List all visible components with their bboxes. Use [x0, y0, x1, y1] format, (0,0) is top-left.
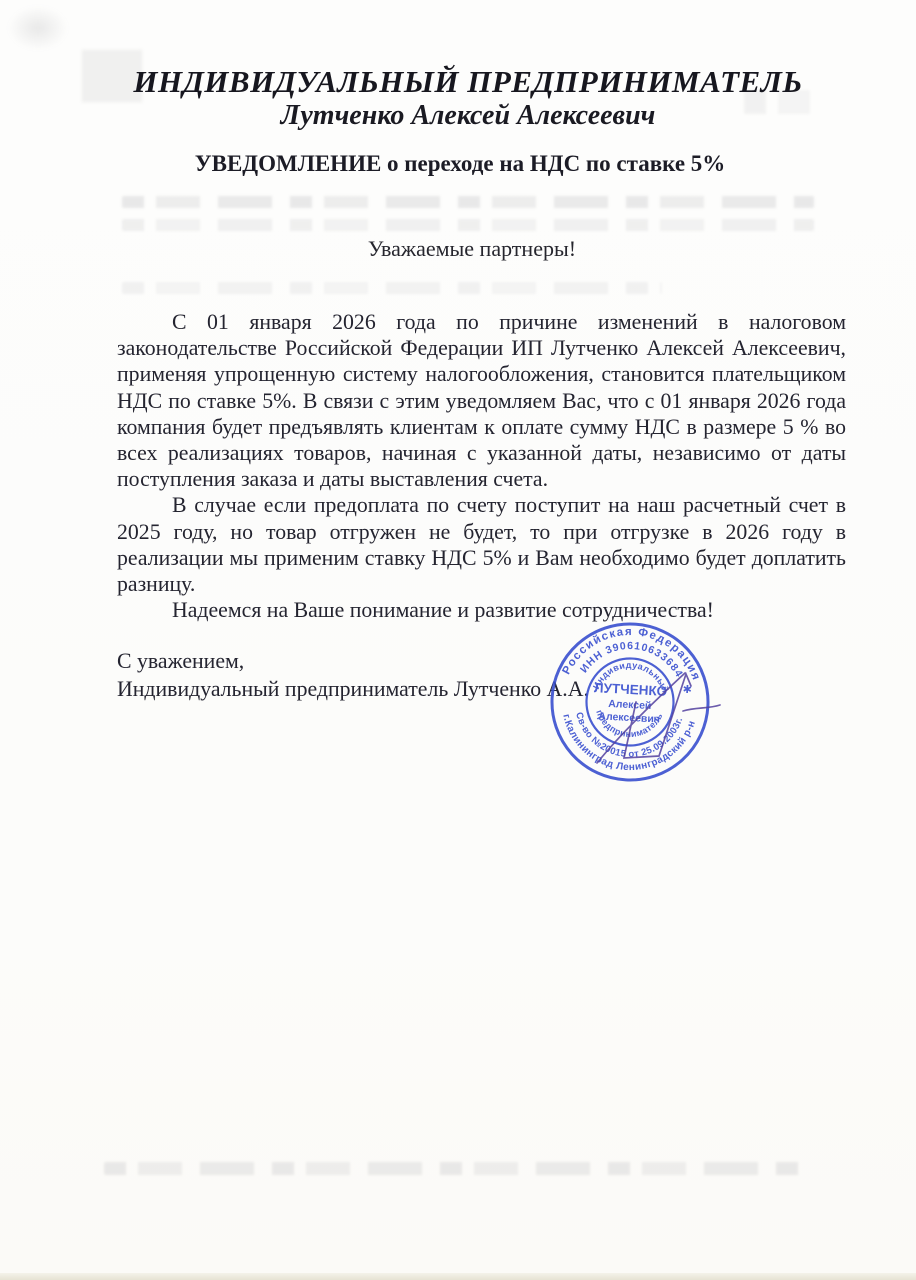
bleedthrough-line	[122, 219, 814, 231]
stamp-star-icon: ✱	[682, 684, 692, 696]
closing-block: С уважением, Индивидуальный предпринимат…	[117, 648, 589, 703]
closing-signatory: Индивидуальный предприниматель Лутченко …	[117, 676, 589, 704]
letter-body: С 01 января 2026 года по причине изменен…	[117, 309, 846, 623]
stamp-name-surname: ЛУТЧЕНКО	[594, 680, 668, 699]
greeting: Уважаемые партнеры!	[14, 236, 916, 262]
paragraph-1: С 01 января 2026 года по причине изменен…	[117, 309, 846, 492]
bleedthrough-line	[122, 196, 814, 208]
scan-edge	[0, 1273, 916, 1280]
letterhead-name: Лутченко Алексей Алексеевич	[10, 100, 916, 132]
bleedthrough-line	[122, 282, 662, 294]
stamp-name-first: Алексей	[608, 698, 652, 712]
bleedthrough-line	[104, 1162, 806, 1175]
company-stamp: Российская Федерация г.Калининград Ленин…	[540, 610, 721, 795]
paragraph-3: Надеемся на Ваше понимание и развитие со…	[117, 597, 846, 623]
letterhead-title: ИНДИВИДУАЛЬНЫЙ ПРЕДПРИНИМАТЕЛЬ	[10, 64, 916, 100]
closing-regards: С уважением,	[117, 648, 589, 676]
scanned-letter-page: ИНДИВИДУАЛЬНЫЙ ПРЕДПРИНИМАТЕЛЬ Лутченко …	[0, 0, 916, 1280]
subject-line: УВЕДОМЛЕНИЕ о переходе на НДС по ставке …	[2, 151, 916, 177]
scan-smudge	[8, 6, 68, 50]
paragraph-2: В случае если предоплата по счету поступ…	[117, 492, 846, 597]
